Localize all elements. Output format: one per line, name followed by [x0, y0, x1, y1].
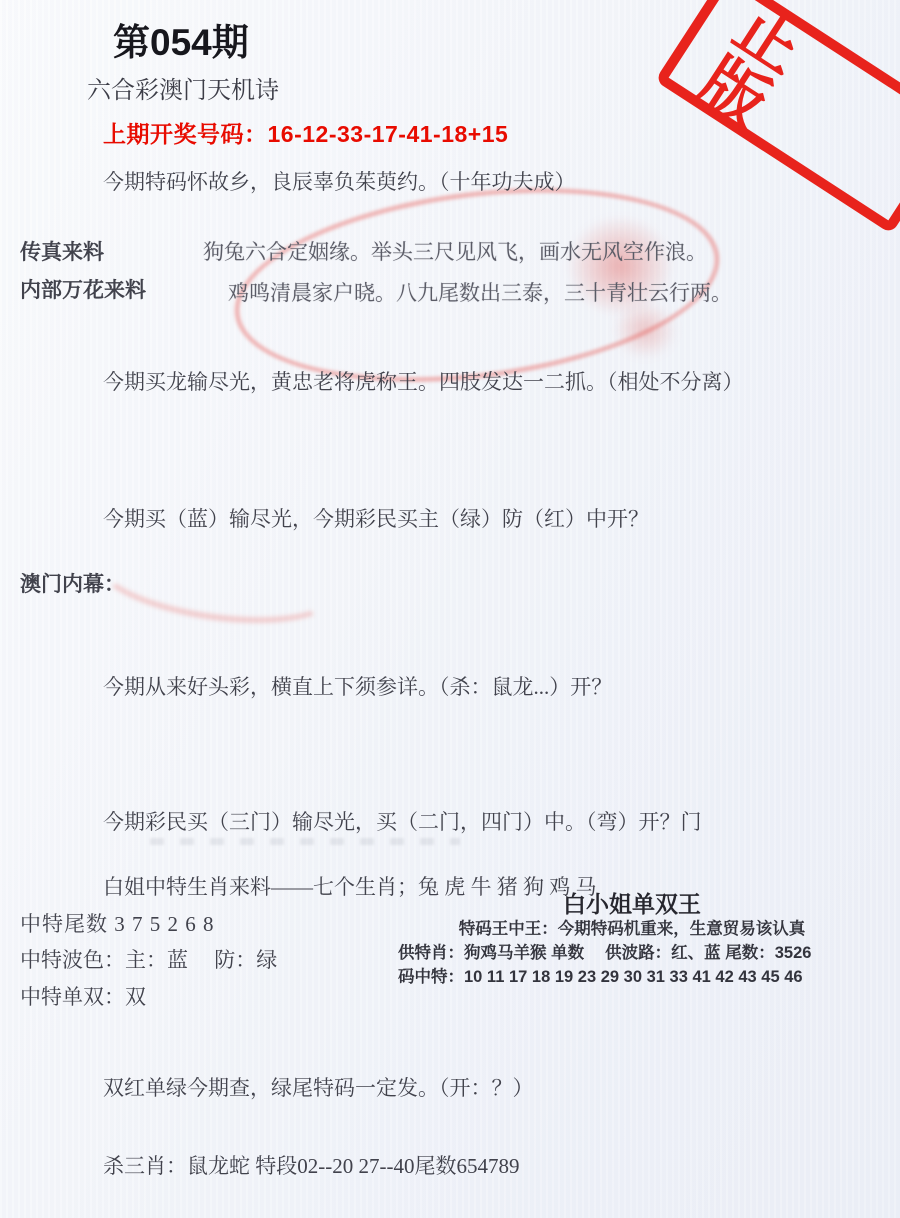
insider-source-label: 内部万花来料: [20, 274, 146, 304]
tip-line-doors: 今期彩民买（三门）输尽光，买（二门，四门）中。（弯）开？门: [103, 806, 702, 836]
tip-line-head: 今期从来好头彩，横直上下须参详。（杀：鼠龙...）开？: [103, 671, 612, 701]
issue-title: 第054期: [113, 12, 249, 66]
poem-line: 今期特码怀故乡，良辰辜负茱萸约。（十年功夫成）: [103, 166, 576, 196]
authenticity-stamp: 正版: [655, 0, 900, 234]
panel-line-zodiac: 供特肖：狗鸡马羊猴 单数 供波路：红、蓝 尾数：3526: [398, 941, 866, 965]
stat-parity: 中特单双：双: [20, 981, 146, 1011]
baixiaojie-panel: 白小姐单双王 特码王中王：今期特码机重来，生意贸易该认真 供特肖：狗鸡马羊猴 单…: [398, 891, 866, 989]
seal-watermark-arc: [90, 522, 341, 637]
tip-line-dragon: 今期买龙输尽光，黄忠老将虎称王。四肢发达一二抓。（相处不分离）: [103, 366, 744, 396]
stamp-label: 正版: [663, 0, 900, 229]
last-draw-numbers: 上期开奖号码：16-12-33-17-41-18+15: [103, 116, 508, 149]
fax-source-text: 狗兔六合定姻缘。举头三尺见风飞，画水无风空作浪。: [203, 236, 707, 266]
print-artifact: [150, 838, 460, 845]
panel-title: 白小姐单双王: [398, 891, 866, 917]
macau-insider-heading: 澳门内幕：: [20, 568, 125, 598]
tip-line-double: 双红单绿今期查，绿尾特码一定发。（开：？）: [103, 1072, 534, 1102]
insider-source-text: 鸡鸣清晨家户晓。八九尾数出三泰，三十青壮云行两。: [228, 277, 732, 307]
kill-three-zodiac-line: 杀三肖：鼠龙蛇 特段02--20 27--40尾数654789: [103, 1150, 519, 1180]
lottery-tip-sheet: 正版 第054期 六合彩澳门天机诗 上期开奖号码：16-12-33-17-41-…: [0, 0, 900, 1218]
fax-source-label: 传真来料: [20, 236, 104, 266]
tip-line-color: 今期买（蓝）输尽光，今期彩民买主（绿）防（红）中开？: [103, 503, 649, 533]
panel-line-king: 特码王中王：今期特码机重来，生意贸易该认真: [398, 917, 866, 941]
series-title: 六合彩澳门天机诗: [87, 70, 279, 105]
stat-wave-color: 中特波色：主：蓝 防：绿: [20, 944, 277, 974]
panel-line-numbers: 码中特：10 11 17 18 19 23 29 30 31 33 41 42 …: [398, 965, 866, 989]
stat-tails: 中特尾数 3 7 5 2 6 8: [20, 908, 215, 938]
